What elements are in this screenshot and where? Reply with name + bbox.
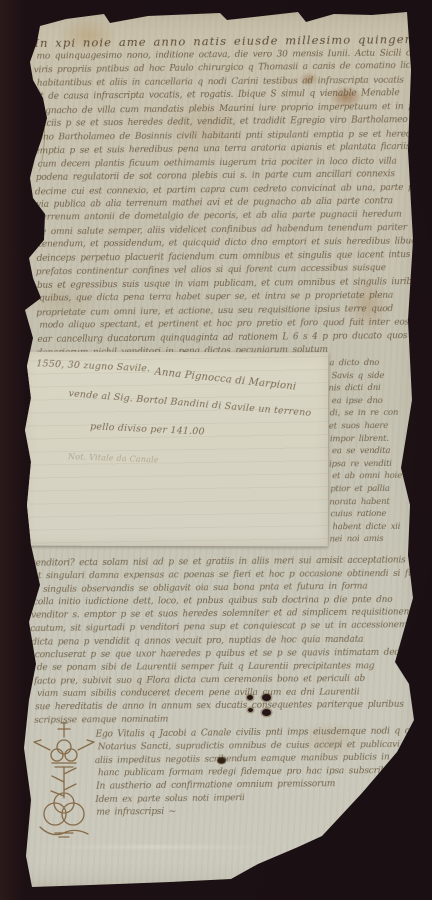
parchment-document: In xpi noie ame anno natis eiusde milles…	[0, 0, 432, 900]
manuscript-line-fragment: ptior et pallia	[330, 483, 416, 496]
manuscript-line: Idem ex parte solus noti imperii	[95, 790, 415, 807]
fold-crease	[30, 845, 280, 849]
worm-hole	[247, 695, 253, 700]
slip-notary-note: Not. Vitale da Canale	[68, 452, 159, 464]
worm-hole	[248, 708, 253, 712]
worm-hole	[262, 709, 271, 716]
manuscript-line-fragment: ipsa re venditi	[329, 457, 415, 470]
main-text-block: In xpi noie ame anno natis eiusde milles…	[34, 31, 413, 360]
manuscript-line-fragment: norata habent	[329, 495, 415, 508]
ink-blot	[217, 757, 226, 764]
manuscript-line-fragment: habent dicte xii	[332, 520, 418, 533]
covered-line-ends-column: a dicto dnoSavis q sidenis dicti dniea i…	[329, 357, 416, 547]
worm-hole	[262, 694, 271, 701]
slip-price-line: pello diviso per 141.00	[90, 421, 205, 437]
slip-action-line: vende al Sig. Bortol Bandini di Savile u…	[68, 388, 312, 419]
manuscript-line-fragment: ea ipse dno	[332, 395, 418, 408]
notary-signum-icon	[28, 720, 100, 840]
manuscript-line-fragment: nis dicti dni	[329, 382, 415, 395]
manuscript-line-fragment: et suos haere	[329, 420, 415, 433]
middle-text-block: venditori? ecta solam nisi ad p se et gr…	[31, 554, 416, 649]
slip-date-line: 1550, 30 zugno Savile.	[36, 358, 150, 374]
slip-party-line: Anna Pignocca di Marpioni	[154, 367, 297, 393]
manuscript-scan: In xpi noie ame anno natis eiusde milles…	[0, 0, 432, 900]
manuscript-line-fragment: ea se vendita	[332, 445, 418, 458]
manuscript-line-fragment: et ab omni hoie	[332, 470, 418, 483]
manuscript-line: viam suam sibilis conduceret decem pene …	[37, 686, 417, 701]
manuscript-line: cum decem plantis ficuum oethimamis iuge…	[38, 155, 414, 172]
manuscript-line-fragment: cuius ratione	[330, 508, 416, 521]
manuscript-line-fragment: di, se in re con	[330, 407, 416, 420]
manuscript-line-fragment: a dicto dno	[329, 357, 415, 370]
closing-attestation-block: Ego Vitalis q Jacobi a Canale civilis pn…	[96, 725, 417, 819]
manuscript-line-fragment: Savis q side	[331, 369, 417, 382]
manuscript-line-fragment: impor librent.	[330, 432, 416, 445]
lower-text-block: concluserat p se que uxor haeredes p qui…	[35, 647, 416, 728]
manuscript-line: hanc publicam formam redegi fidemque pro…	[98, 765, 418, 781]
archival-note-slip: 1550, 30 zugno Savile. Anna Pignocca di …	[24, 352, 329, 547]
manuscript-line-fragment: nei noi amis	[330, 533, 416, 546]
